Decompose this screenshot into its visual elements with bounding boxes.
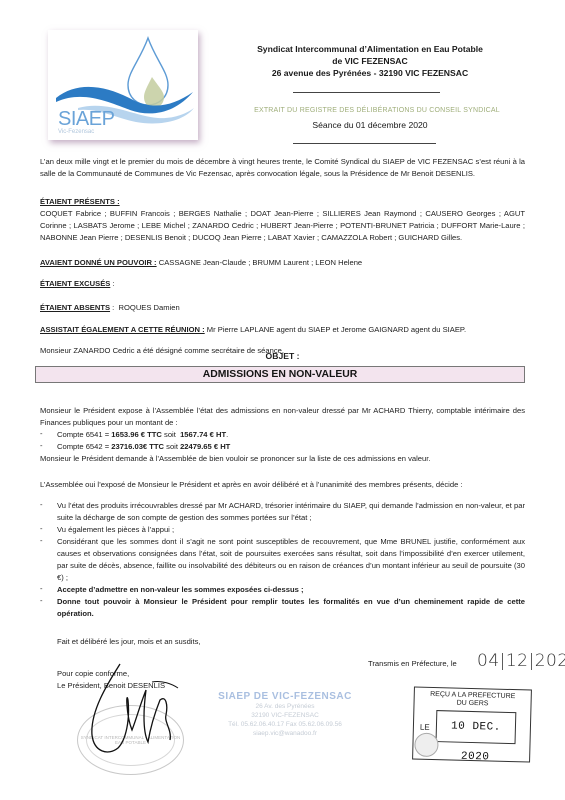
absents-section: ÉTAIENT ABSENTS : ROQUES Damien bbox=[40, 302, 180, 314]
header-divider bbox=[293, 92, 440, 93]
absents-suffix: : bbox=[110, 303, 114, 312]
decision-item: Donne tout pouvoir à Monsieur le Préside… bbox=[57, 596, 525, 620]
org-name: Syndicat Intercommunal d’Alimentation en… bbox=[220, 44, 520, 54]
demande-line: Monsieur le Président demande à l’Assemb… bbox=[40, 453, 525, 465]
compte-ttc: 1653.96 € TTC bbox=[111, 430, 162, 439]
assistait-section: ASSISTAIT ÉGALEMENT A CETTE RÉUNION : Mr… bbox=[40, 324, 530, 336]
marianne-seal-icon bbox=[414, 733, 439, 758]
register-extract-title: EXTRAIT DU REGISTRE DES DÉLIBÉRATIONS DU… bbox=[220, 107, 534, 114]
deliberation-document: SIAEP Vic-Fezensac Syndicat Intercommuna… bbox=[0, 0, 565, 800]
stamp-line: 26 Av. des Pyrénées bbox=[200, 702, 370, 711]
compte-prefix: Compte 6541 = bbox=[57, 430, 111, 439]
pouvoir-list: CASSAGNE Jean-Claude ; BRUMM Laurent ; L… bbox=[159, 258, 362, 267]
compte-ht: 22479.65 € HT bbox=[180, 442, 230, 451]
stamp-line: 32190 VIC-FEZENSAC bbox=[200, 711, 370, 720]
bullet-marker: - bbox=[40, 429, 43, 438]
bullet-marker: - bbox=[40, 584, 43, 593]
compte-ht: 1567.74 € HT bbox=[180, 430, 226, 439]
compte-6541: Compte 6541 = 1653.96 € TTC soit 1567.74… bbox=[57, 429, 228, 441]
stamp-le-label: LE bbox=[420, 723, 430, 732]
intro-paragraph: L’an deux mille vingt et le premier du m… bbox=[40, 156, 525, 180]
pouvoir-section: AVAIENT DONNÉ UN POUVOIR : CASSAGNE Jean… bbox=[40, 257, 525, 269]
assistait-text: Mr Pierre LAPLANE agent du SIAEP et Jero… bbox=[205, 325, 466, 334]
siaep-logo: SIAEP Vic-Fezensac bbox=[48, 30, 198, 140]
assistait-label: ASSISTAIT ÉGALEMENT A CETTE RÉUNION : bbox=[40, 325, 205, 334]
compte-ttc: 23716.03€ TTC bbox=[111, 442, 164, 451]
president-signature-icon bbox=[80, 660, 190, 760]
bullet-marker: - bbox=[40, 500, 43, 509]
decision-intro: L’Assemblée oui l’exposé de Monsieur le … bbox=[40, 479, 530, 491]
logo-name: SIAEP bbox=[58, 108, 114, 131]
compte-end: . bbox=[226, 430, 228, 439]
logo-subtitle: Vic-Fezensac bbox=[58, 129, 94, 135]
stamp-received-date: 10 DEC. 2020 bbox=[436, 710, 517, 744]
presents-label: ÉTAIENT PRÉSENTS : bbox=[40, 196, 120, 208]
siaep-address-stamp: SIAEP DE VIC-FEZENSAC 26 Av. des Pyrénée… bbox=[200, 691, 370, 738]
fait-line: Fait et délibéré les jour, mois et an su… bbox=[57, 636, 201, 648]
decision-item: Accepte d’admettre en non-valeur les som… bbox=[57, 584, 525, 596]
objet-label: OBJET : bbox=[40, 351, 525, 361]
absents-list: ROQUES Damien bbox=[119, 303, 180, 312]
objet-banner: ADMISSIONS EN NON-VALEUR bbox=[35, 366, 525, 383]
excuses-label: ÉTAIENT EXCUSÉS bbox=[40, 279, 110, 288]
compte-mid: soit bbox=[164, 442, 180, 451]
decision-item: Considérant que les sommes dont il s’agi… bbox=[57, 536, 525, 584]
decision-item: Vu également les pièces à l’appui ; bbox=[57, 524, 525, 536]
org-town: de VIC FEZENSAC bbox=[220, 56, 520, 66]
bullet-marker: - bbox=[40, 536, 43, 545]
excuses-section: ÉTAIENT EXCUSÉS : bbox=[40, 278, 115, 290]
compte-6542: Compte 6542 = 23716.03€ TTC soit 22479.6… bbox=[57, 441, 230, 453]
decision-item: Vu l’état des produits irrécouvrables dr… bbox=[57, 500, 525, 524]
bullet-marker: - bbox=[40, 524, 43, 533]
prefecture-received-stamp: REÇU A LA PREFECTURE DU GERS LE 10 DEC. … bbox=[412, 686, 532, 762]
compte-prefix: Compte 6542 = bbox=[57, 442, 111, 451]
transmis-handwritten-date: 04|12|2020 bbox=[477, 651, 565, 671]
stamp-title: SIAEP DE VIC-FEZENSAC bbox=[200, 691, 370, 702]
bullet-marker: - bbox=[40, 441, 43, 450]
session-date: Séance du 01 décembre 2020 bbox=[220, 120, 520, 130]
bullet-marker: - bbox=[40, 596, 43, 605]
excuses-suffix: : bbox=[110, 279, 114, 288]
presents-list: COQUET Fabrice ; BUFFIN Francois ; BERGE… bbox=[40, 208, 525, 244]
org-address: 26 avenue des Pyrénées - 32190 VIC FEZEN… bbox=[220, 68, 520, 78]
header-divider bbox=[293, 143, 436, 144]
compte-mid: soit bbox=[162, 430, 180, 439]
expose-paragraph: Monsieur le Président expose à l’Assembl… bbox=[40, 405, 525, 429]
pouvoir-label: AVAIENT DONNÉ UN POUVOIR : bbox=[40, 258, 157, 267]
stamp-line: siaep.vic@wanadoo.fr bbox=[200, 729, 370, 738]
transmis-label: Transmis en Préfecture, le bbox=[368, 659, 457, 668]
stamp-line: Tél. 05.62.06.40.17 Fax 05.62.06.09.56 bbox=[200, 720, 370, 729]
absents-label: ÉTAIENT ABSENTS bbox=[40, 303, 110, 312]
